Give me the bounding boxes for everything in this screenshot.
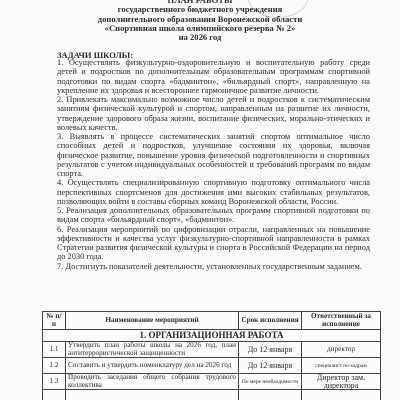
task-item: 3. Выявлять в процессе систематических з… <box>57 132 370 178</box>
row-name: Утвердить план работы школы на 2026 год,… <box>66 342 239 358</box>
column-header-number: № п/п <box>43 312 66 330</box>
column-header-name: Наименование мероприятий <box>66 312 239 330</box>
document-page: ПЛАН РАБОТЫ государственного бюджетного … <box>0 0 400 400</box>
table-row: 1.2 Составить и утвердить номенклатуру д… <box>43 358 381 374</box>
row-number: 1.2 <box>43 358 66 374</box>
task-item: 7. Достигнуть показателей деятельности, … <box>57 262 370 271</box>
row-number: 1.1 <box>43 342 66 358</box>
table-header-row: № п/п Наименование мероприятий Срок испо… <box>43 312 381 330</box>
column-header-date: Срок исполнения <box>239 312 302 330</box>
tasks-list: 1. Осуществлять физкультурно-оздоровител… <box>57 58 370 271</box>
column-header-responsible: Ответственный за исполнение <box>302 312 381 330</box>
task-item: 5. Реализация дополнительных образовател… <box>57 206 370 225</box>
plan-table: № п/п Наименование мероприятий Срок испо… <box>42 311 381 400</box>
row-date: По мере необходимости <box>239 374 302 390</box>
row-name: Составить и утвердить номенклатуру дел н… <box>66 358 239 374</box>
table-section-row: 1. ОРГАНИЗАЦИОННАЯ РАБОТА <box>43 330 381 342</box>
row-responsible: Директор зам. директора <box>302 374 381 390</box>
task-item: 2. Привлекать максимально возможное числ… <box>57 95 370 132</box>
table-row <box>43 390 381 400</box>
title-line: на 2026 год <box>0 33 400 42</box>
row-date: До 12 января <box>239 358 302 374</box>
row-responsible: директор <box>302 342 381 358</box>
row-number: 1.3 <box>43 374 66 390</box>
section-title: 1. ОРГАНИЗАЦИОННАЯ РАБОТА <box>43 330 381 342</box>
task-item: 1. Осуществлять физкультурно-оздоровител… <box>57 58 370 95</box>
task-item: 6. Реализация мероприятий по цифровизаци… <box>57 225 370 262</box>
table-row: 1.1 Утвердить план работы школы на 2026 … <box>43 342 381 358</box>
document-title: ПЛАН РАБОТЫ государственного бюджетного … <box>0 0 400 42</box>
row-responsible: специалист по кадрам <box>302 358 381 374</box>
row-date: До 12 января <box>239 342 302 358</box>
task-item: 4. Осуществлять специализированную спорт… <box>57 178 370 206</box>
row-name: Проводить заседания общего собрания труд… <box>66 374 239 390</box>
table-row: 1.3 Проводить заседания общего собрания … <box>43 374 381 390</box>
